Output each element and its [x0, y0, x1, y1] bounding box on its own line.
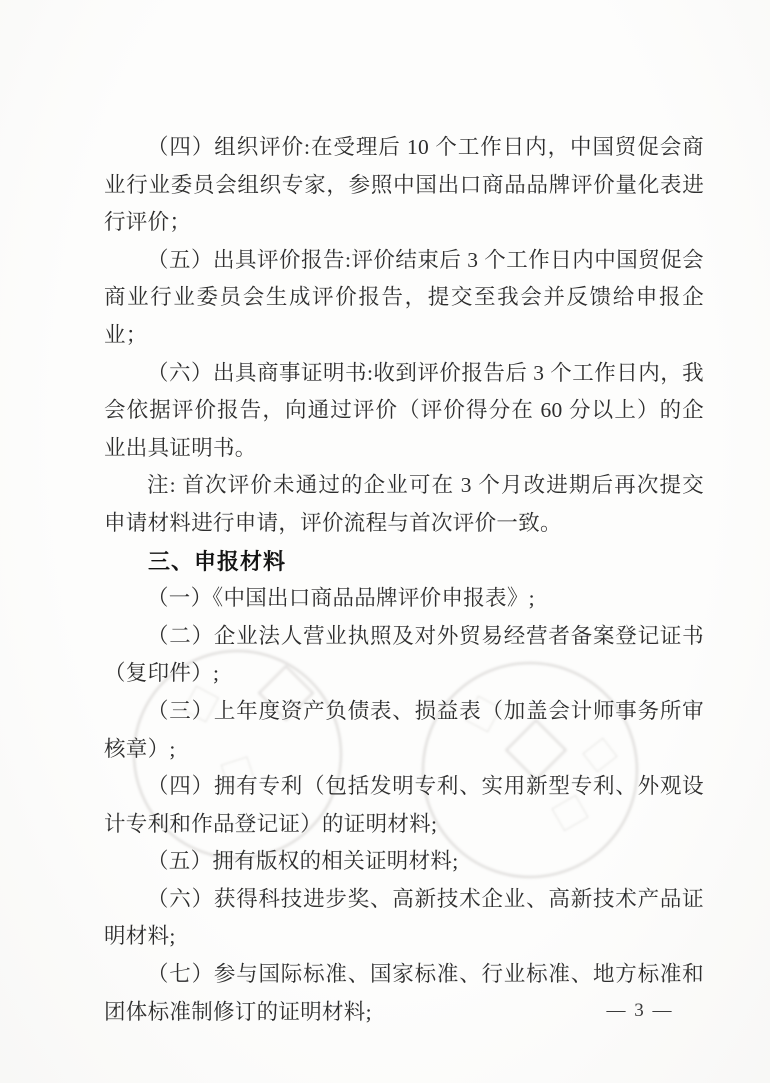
- paragraph-step6-commercial-certificate: （六）出具商事证明书:收到评价报告后 3 个工作日内，我会依据评价报告，向通过评…: [104, 355, 704, 468]
- document-page: （四）组织评价:在受理后 10 个工作日内，中国贸促会商业行业委员会组织专家，参…: [0, 0, 770, 1083]
- paragraph-step4-organize-evaluation: （四）组织评价:在受理后 10 个工作日内，中国贸促会商业行业委员会组织专家，参…: [104, 129, 704, 242]
- material-item-3: （三）上年度资产负债表、损益表（加盖会计师事务所审核章）;: [104, 693, 704, 768]
- material-item-4: （四）拥有专利（包括发明专利、实用新型专利、外观设计专利和作品登记证）的证明材料…: [104, 768, 704, 843]
- page-number: — 3 —: [600, 1000, 680, 1022]
- material-item-1: （一）《中国出口商品品牌评价申报表》;: [104, 580, 704, 618]
- paragraph-note: 注: 首次评价未通过的企业可在 3 个月改进期后再次提交申请材料进行申请，评价流…: [104, 467, 704, 542]
- section-heading-application-materials: 三、申报材料: [104, 543, 704, 581]
- material-item-2: （二）企业法人营业执照及对外贸易经营者备案登记证书（复印件）;: [104, 618, 704, 693]
- paragraph-step5-evaluation-report: （五）出具评价报告:评价结束后 3 个工作日内中国贸促会商业行业委员会生成评价报…: [104, 242, 704, 355]
- material-item-5: （五）拥有版权的相关证明材料;: [104, 843, 704, 881]
- material-item-6: （六）获得科技进步奖、高新技术企业、高新技术产品证明材料;: [104, 881, 704, 956]
- document-body: （四）组织评价:在受理后 10 个工作日内，中国贸促会商业行业委员会组织专家，参…: [104, 129, 704, 1031]
